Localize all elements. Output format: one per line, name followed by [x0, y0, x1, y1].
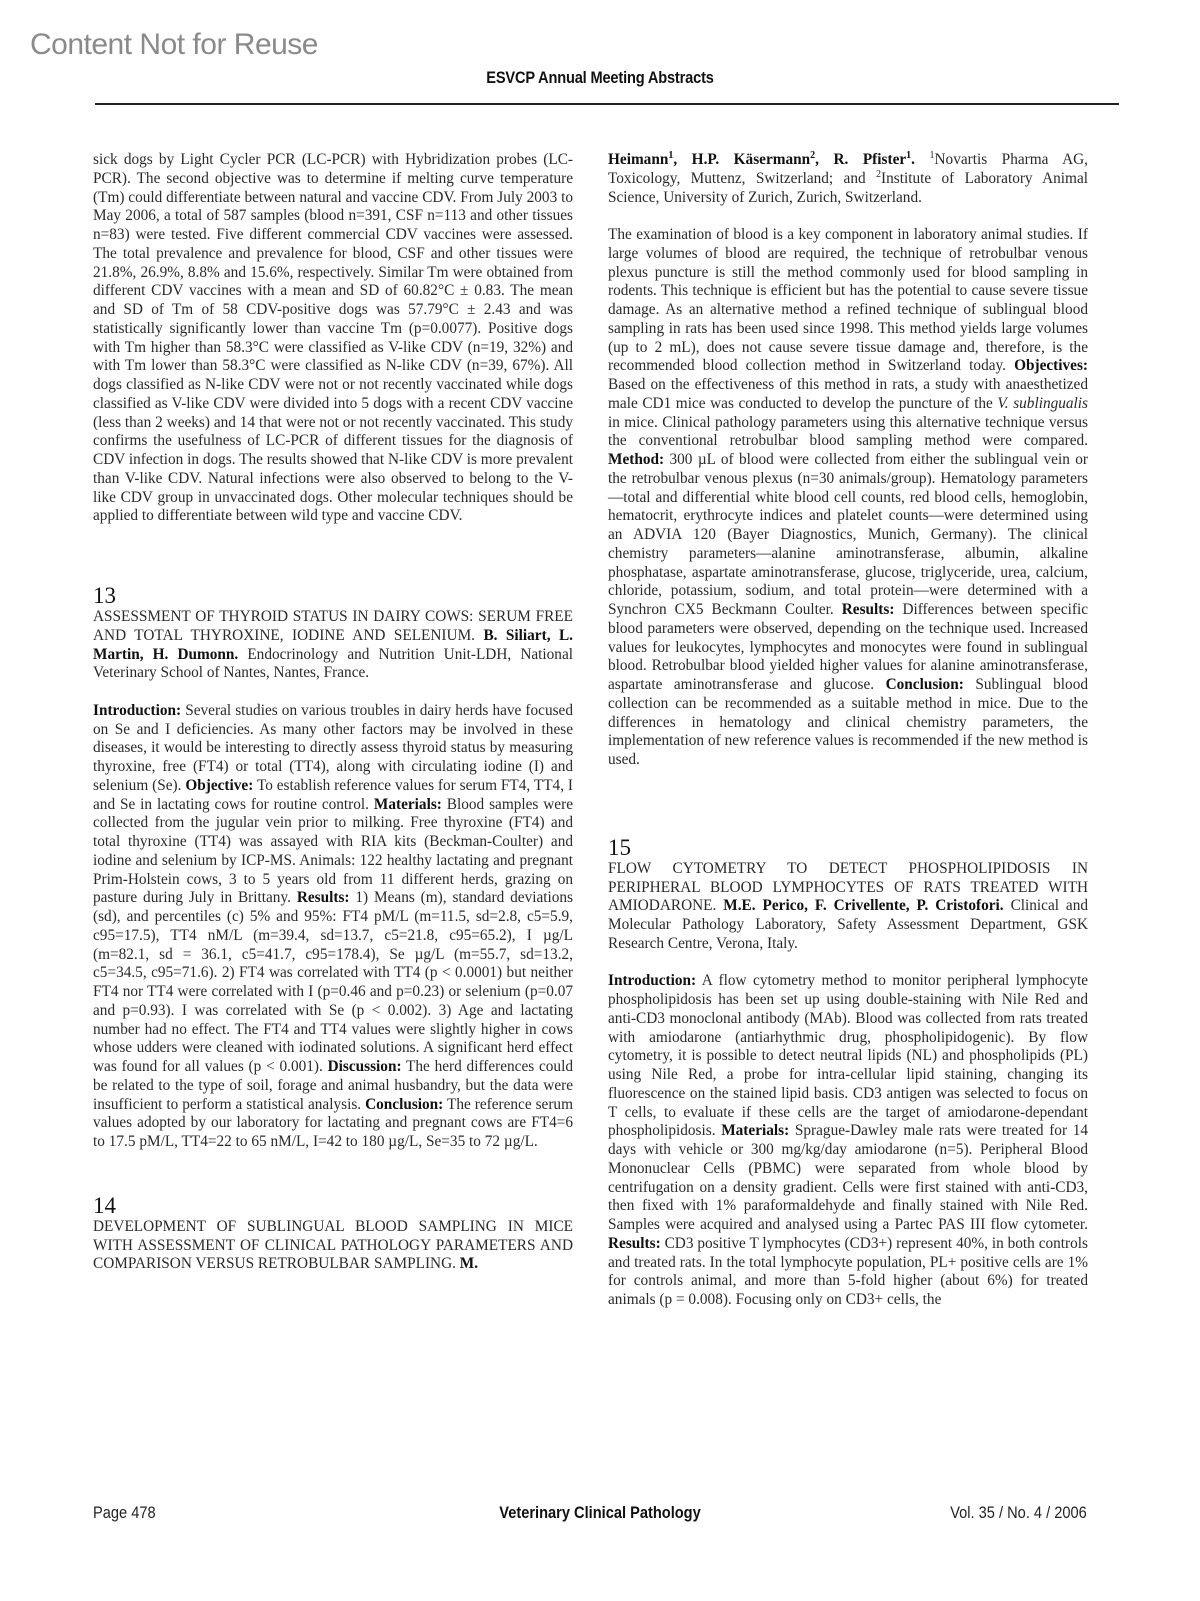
materials-label: Materials: — [721, 1122, 789, 1139]
introduction-label: Introduction: — [93, 702, 181, 719]
abstract-title: DEVELOPMENT OF SUBLINGUAL BLOOD SAMPLING… — [93, 1218, 573, 1273]
abstract-heading: ASSESSMENT OF THYROID STATUS IN DAIRY CO… — [93, 608, 573, 683]
abstract-body: The examination of blood is a key compon… — [608, 226, 1088, 770]
abstract-authors: Heimann1, H.P. Käsermann2, R. Pfister1. — [608, 151, 915, 168]
left-column: sick dogs by Light Cycler PCR (LC-PCR) w… — [93, 151, 573, 1274]
conclusion-label: Conclusion: — [365, 1096, 443, 1113]
abstract-body: Introduction: Several studies on various… — [93, 702, 573, 1152]
abstract-authors: M.E. Perico, F. Crivellente, P. Cristofo… — [723, 897, 1003, 914]
volume-issue: Vol. 35 / No. 4 / 2006 — [950, 1503, 1087, 1523]
abstract-number: 14 — [93, 1194, 573, 1218]
objectives-label: Objectives: — [1014, 357, 1088, 374]
conclusion-label: Conclusion: — [886, 676, 964, 693]
abstract-body: Introduction: A flow cytometry method to… — [608, 972, 1088, 1310]
method-text: 300 µL of blood were collected from eith… — [608, 451, 1088, 618]
species-italic: V. sublingualis — [997, 395, 1088, 412]
abstract-authors: M. — [460, 1255, 478, 1272]
abstract-15: 15 FLOW CYTOMETRY TO DETECT PHOSPHOLIPID… — [608, 836, 1088, 1310]
right-column: Heimann1, H.P. Käsermann2, R. Pfister1. … — [608, 151, 1088, 1310]
abstract-number: 13 — [93, 584, 573, 608]
continued-abstract-text: sick dogs by Light Cycler PCR (LC-PCR) w… — [93, 151, 573, 526]
introduction-label: Introduction: — [608, 972, 696, 989]
background-text: The examination of blood is a key compon… — [608, 226, 1088, 374]
abstract-heading: FLOW CYTOMETRY TO DETECT PHOSPHOLIPIDOSI… — [608, 860, 1088, 954]
abstract-14-start: 14 DEVELOPMENT OF SUBLINGUAL BLOOD SAMPL… — [93, 1194, 573, 1274]
abstract-authors-affiliation: Heimann1, H.P. Käsermann2, R. Pfister1. … — [608, 151, 1088, 207]
introduction-text: A flow cytometry method to monitor perip… — [608, 972, 1088, 1139]
abstract-14-continued: Heimann1, H.P. Käsermann2, R. Pfister1. … — [608, 151, 1088, 770]
materials-label: Materials: — [374, 796, 442, 813]
results-text: CD3 positive T lymphocytes (CD3+) repres… — [608, 1235, 1088, 1308]
objective-label: Objective: — [185, 777, 253, 794]
header-rule — [95, 103, 1119, 105]
results-label: Results: — [608, 1235, 661, 1252]
abstract-heading: DEVELOPMENT OF SUBLINGUAL BLOOD SAMPLING… — [93, 1218, 573, 1274]
discussion-label: Discussion: — [328, 1058, 402, 1075]
abstract-13: 13 ASSESSMENT OF THYROID STATUS IN DAIRY… — [93, 584, 573, 1152]
results-label: Results: — [297, 889, 350, 906]
method-label: Method: — [608, 451, 664, 468]
abstract-number: 15 — [608, 836, 1088, 860]
running-head: ESVCP Annual Meeting Abstracts — [84, 68, 1116, 88]
watermark: Content Not for Reuse — [30, 28, 318, 62]
results-label: Results: — [842, 601, 895, 618]
results-text: 1) Means (m), standard deviations (sd), … — [93, 889, 573, 1075]
